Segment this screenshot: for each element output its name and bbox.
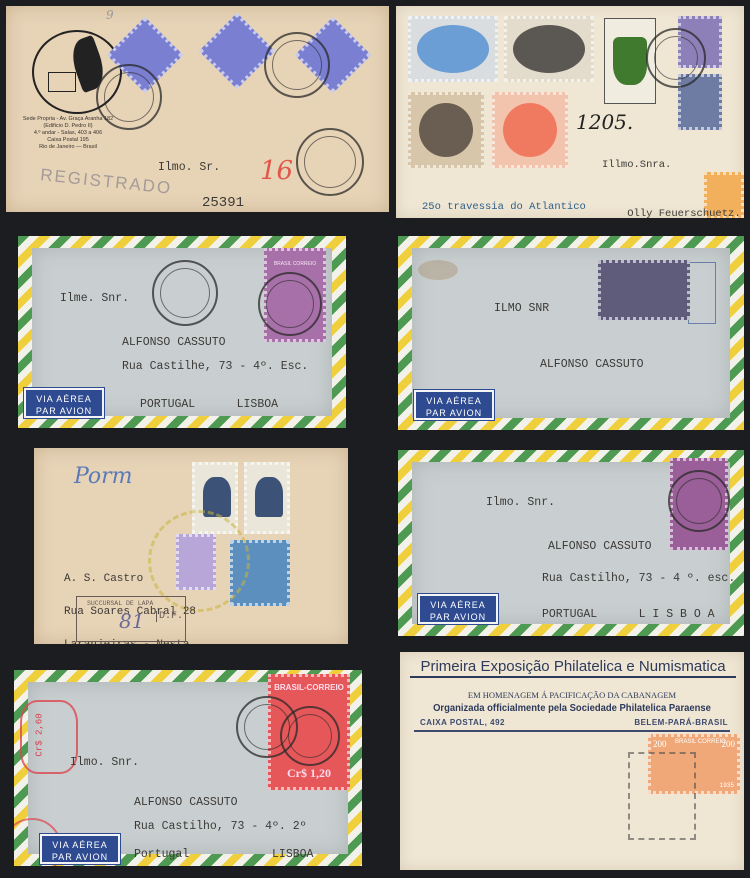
cover-3: BRASIL CORREIO Ilme. Snr. ALFONSO CASSUT… bbox=[18, 236, 346, 428]
address-line: A. S. Castro bbox=[64, 574, 196, 585]
stamp-box bbox=[688, 262, 716, 324]
country-city: Portugal LISBOA bbox=[134, 848, 313, 862]
registration-number: 25391 bbox=[202, 196, 244, 210]
cover-8: Primeira Exposição Philatelica e Numisma… bbox=[400, 652, 744, 870]
stamp-diamond bbox=[199, 13, 275, 89]
header-rule bbox=[414, 730, 730, 732]
sender-line: Caixa Postal 195 bbox=[18, 137, 118, 144]
address-line: ALFONSO CASSUTO bbox=[540, 358, 699, 372]
address-block: Illmo.Snra. Olly Feuerschuetz. Uetersen,… bbox=[602, 138, 741, 218]
country-city: PORTUGAL L I S B O A bbox=[542, 608, 715, 622]
stamp-oval-black bbox=[504, 16, 594, 82]
postmark bbox=[258, 272, 322, 336]
street: Rua Castilhe, 73 - 4º. Esc. bbox=[122, 360, 308, 374]
note-line: 25o travessia do Atlantico bbox=[422, 202, 586, 213]
address-line: Olly Feuerschuetz. bbox=[627, 209, 740, 218]
exhibition-subtitle: EM HOMENAGEM Á PACIFICAÇÃO DA CABANAGEM bbox=[400, 690, 744, 700]
meter-value: Cr$ 2,60 bbox=[35, 713, 45, 756]
stamp-text: BRASIL CORREIO bbox=[267, 261, 323, 267]
postmark bbox=[280, 706, 340, 766]
salutation: Ilmo. Snr. bbox=[486, 496, 555, 510]
exhibition-title: Primeira Exposição Philatelica e Numisma… bbox=[410, 658, 736, 678]
sender-line: (Edificio D. Pedro II) bbox=[18, 123, 118, 130]
street: Rua Castilho, 73 - 4º. 2º bbox=[134, 820, 307, 834]
commemorative-cancel bbox=[628, 752, 696, 840]
flight-note: 25o travessia do Atlantico do Sul pela L… bbox=[422, 180, 586, 218]
cover-1: Sede Propria - Av. Graça Aranha 182 (Edi… bbox=[6, 6, 389, 212]
airmail-text: VIA AÉREA bbox=[42, 839, 118, 851]
recipient-name: ALFONSO CASSUTO bbox=[134, 796, 238, 810]
postmark bbox=[152, 260, 218, 326]
stamp-value-left: 200 bbox=[653, 739, 667, 749]
stamp-text: BRASIL CORREIO bbox=[675, 739, 726, 745]
stamp-value: Cr$ 1,20 bbox=[271, 766, 347, 781]
sender-line: Rio de Janeiro — Brasil bbox=[18, 144, 118, 151]
salutation: ILMO SNR bbox=[494, 302, 549, 316]
sender-line: 4.º andar - Salas, 403 a 406 bbox=[18, 130, 118, 137]
cover-2: 1205. Illmo.Snra. Olly Feuerschuetz. Uet… bbox=[396, 6, 744, 218]
stamp-oval-blue bbox=[408, 16, 498, 82]
stamp-dark-violet bbox=[598, 260, 690, 320]
stamp-year: 1935 bbox=[720, 782, 734, 789]
po-box: CAIXA POSTAL, 492 bbox=[420, 718, 505, 727]
airmail-text: PAR AVION bbox=[416, 407, 492, 419]
exhibition-organizer: Organizada officialmente pela Sociedade … bbox=[417, 702, 727, 714]
airmail-text: VIA AÉREA bbox=[420, 599, 496, 611]
airmail-label: VIA AÉREA PAR AVION bbox=[418, 594, 498, 624]
airmail-label: VIA AÉREA PAR AVION bbox=[40, 834, 120, 864]
airmail-label: VIA AÉREA PAR AVION bbox=[24, 388, 104, 418]
address-block: ALFONSO CASSUTO RUA CASTILHO 73 - 4º. VI… bbox=[540, 330, 699, 430]
envelope-icon bbox=[48, 72, 76, 92]
registration-region: D.F. bbox=[156, 611, 183, 622]
postmark bbox=[264, 32, 330, 98]
country-city: PORTUGAL LISBOA bbox=[140, 398, 278, 412]
stamp-text: BRASIL-CORREIO bbox=[271, 683, 347, 692]
address-line: Illmo.Snra. bbox=[602, 160, 741, 171]
airmail-label: VIA AÉREA PAR AVION bbox=[414, 390, 494, 420]
registration-office: SUCCURSAL DE LAPA bbox=[87, 600, 153, 607]
handwritten-number: 1205. bbox=[576, 110, 633, 134]
cover-7: BRASIL-CORREIO Cr$ 1,20 Cr$ 2,60 Ilmo. S… bbox=[14, 670, 362, 866]
airmail-text: PAR AVION bbox=[42, 851, 118, 863]
cover-4: ILMO SNR ALFONSO CASSUTO RUA CASTILHO 73… bbox=[398, 236, 744, 430]
registration-box: SUCCURSAL DE LAPA 81 D.F. bbox=[76, 596, 186, 642]
handwritten-note: Porm bbox=[74, 464, 133, 489]
city: BELEM-PARÁ-BRASIL bbox=[634, 718, 728, 727]
stamp-value-right: 200 bbox=[722, 739, 736, 749]
recipient-name: ALFONSO CASSUTO bbox=[122, 336, 226, 350]
salutation: Ilmo. Snr. bbox=[70, 756, 139, 770]
airmail-text: PAR AVION bbox=[26, 405, 102, 417]
airmail-text: VIA AÉREA bbox=[416, 395, 492, 407]
registration-number: 81 bbox=[119, 609, 144, 633]
recipient-name: ALFONSO CASSUTO bbox=[548, 540, 652, 554]
stamp-round-red bbox=[492, 92, 568, 168]
stamp-round-brown bbox=[408, 92, 484, 168]
stamp-portrait bbox=[244, 462, 290, 534]
airmail-text: VIA AÉREA bbox=[26, 393, 102, 405]
street: Rua Castilho, 73 - 4 º. esc. bbox=[542, 572, 735, 586]
salutation: Ilme. Snr. bbox=[60, 292, 129, 306]
postmark bbox=[668, 470, 730, 532]
handwritten-number: 16 bbox=[260, 156, 293, 186]
cover-5: Porm A. S. Castro Rua Soares Cabral 28 L… bbox=[34, 448, 348, 644]
pencil-mark: 9 bbox=[106, 8, 114, 22]
postmark bbox=[646, 28, 706, 88]
registered-cachet: REGISTRADO bbox=[39, 165, 173, 199]
airmail-text: PAR AVION bbox=[420, 611, 496, 623]
stain bbox=[418, 260, 458, 280]
sender-address: Sede Propria - Av. Graça Aranha 182 (Edi… bbox=[18, 116, 118, 151]
cover-6: Ilmo. Snr. ALFONSO CASSUTO Rua Castilho,… bbox=[398, 450, 744, 636]
postmark bbox=[96, 64, 162, 130]
